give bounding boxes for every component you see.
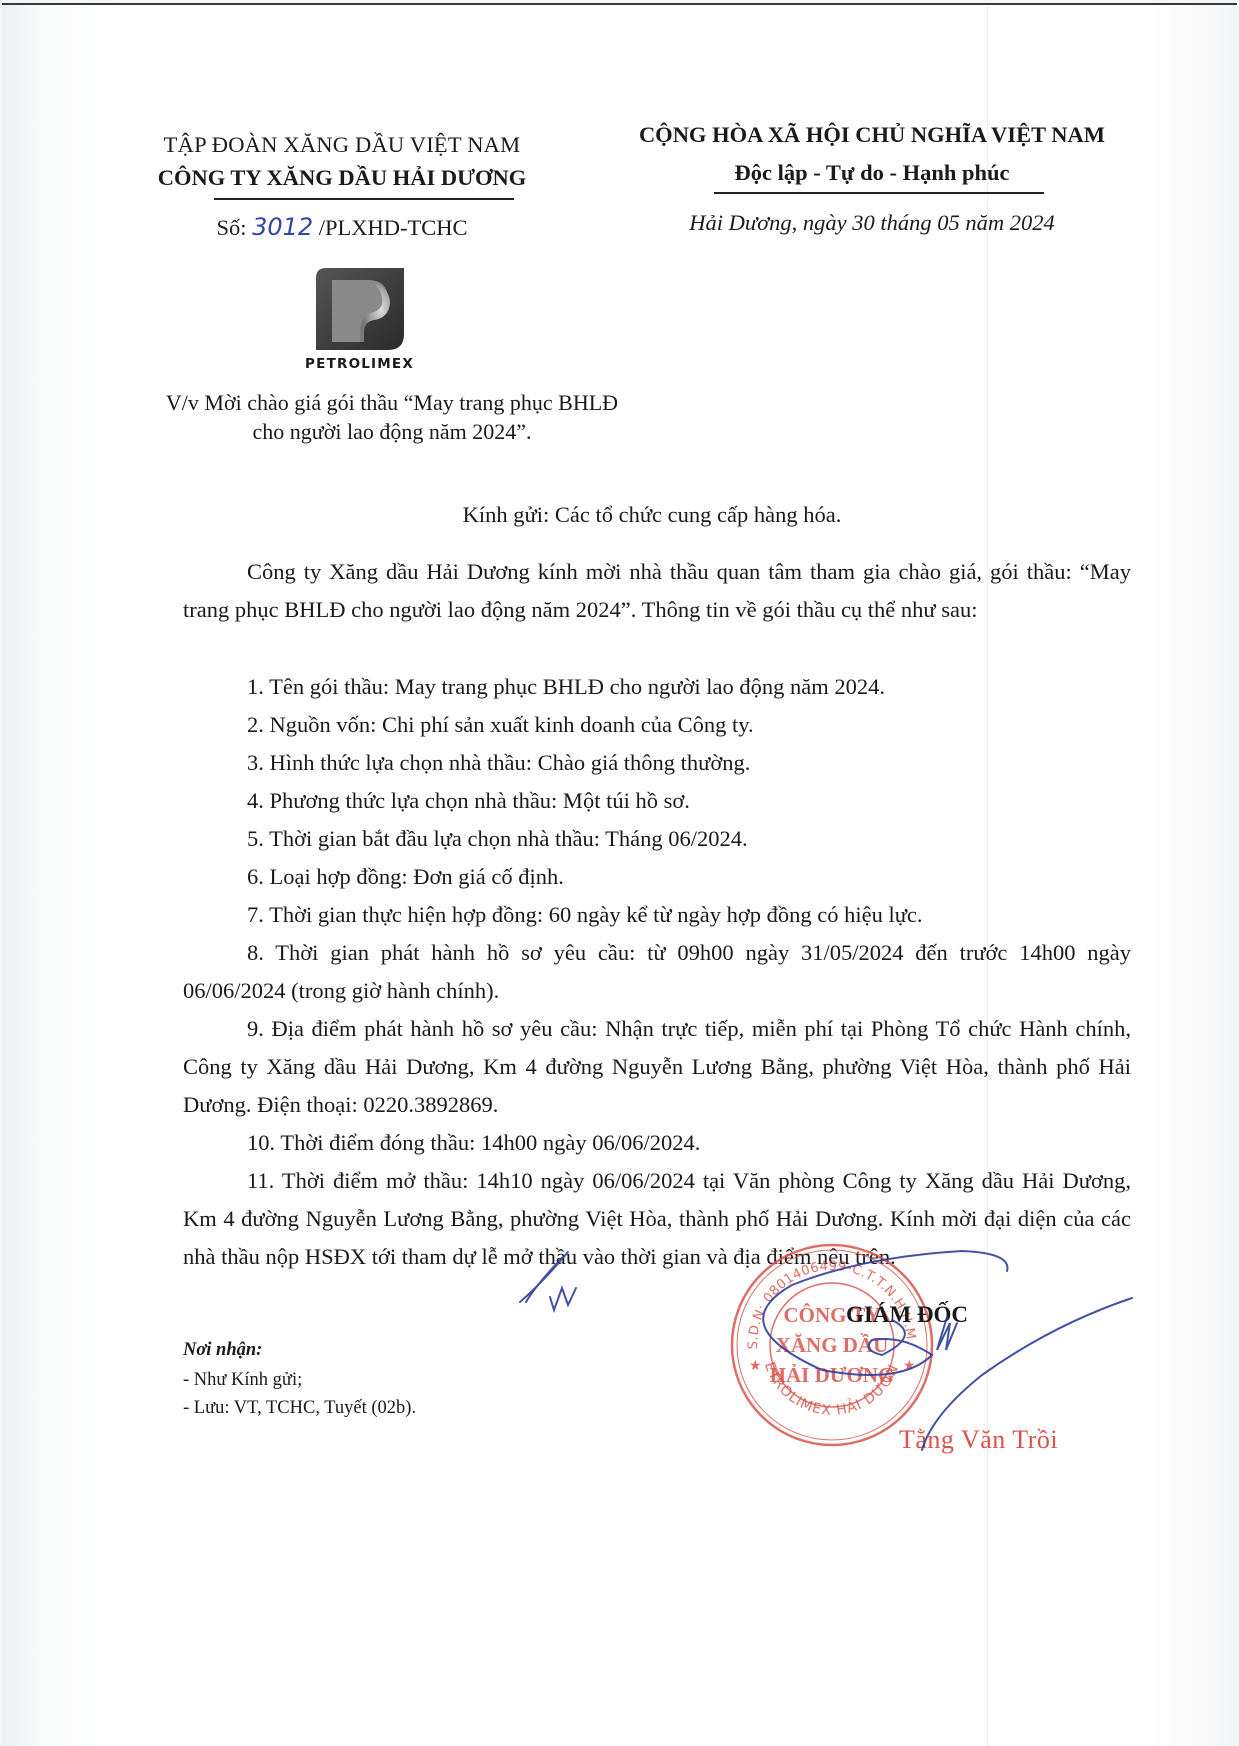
svg-text:★: ★ <box>749 1358 762 1374</box>
signer-name: Tằng Văn Trồi <box>899 1425 1058 1455</box>
list-item: 3. Hình thức lựa chọn nhà thầu: Chào giá… <box>183 744 1131 782</box>
list-item: 10. Thời điểm đóng thầu: 14h00 ngày 06/0… <box>183 1124 1131 1162</box>
company-seal-icon: M.S.D.N: 0801406499-C.T.T.N.H.H.M.T.V PE… <box>727 1240 937 1450</box>
recipient-entry: - Lưu: VT, TCHC, Tuyết (02b). <box>183 1398 416 1419</box>
place-and-date: Hải Dương, ngày 30 tháng 05 năm 2024 <box>602 210 1142 236</box>
list-item: 5. Thời gian bắt đầu lựa chọn nhà thầu: … <box>183 820 1131 858</box>
nation-title: CỘNG HÒA XÃ HỘI CHỦ NGHĨA VIỆT NAM <box>602 122 1142 148</box>
recipient-entry: - Như Kính gửi; <box>183 1370 302 1391</box>
list-item: 9. Địa điểm phát hành hồ sơ yêu cầu: Nhậ… <box>183 1010 1131 1124</box>
recipients-title: Nơi nhận: <box>183 1340 262 1361</box>
list-item: 4. Phương thức lựa chọn nhà thầu: Một tú… <box>183 782 1131 820</box>
petrolimex-logo-icon <box>316 268 404 350</box>
number-prefix: Số: <box>216 215 252 240</box>
parent-organization: TẬP ĐOÀN XĂNG DẦU VIỆT NAM <box>132 132 552 158</box>
svg-text:HẢI DƯƠNG: HẢI DƯƠNG <box>770 1363 895 1387</box>
list-item: 6. Loại hợp đồng: Đơn giá cố định. <box>183 858 1131 896</box>
signer-position: GIÁM ĐỐC <box>846 1302 968 1328</box>
document-page: TẬP ĐOÀN XĂNG DẦU VIỆT NAM CÔNG TY XĂNG … <box>2 3 1237 1746</box>
document-number: Số: 3012 /PLXHD-TCHC <box>132 213 552 241</box>
list-item: 8. Thời gian phát hành hồ sơ yêu cầu: từ… <box>183 934 1131 1010</box>
svg-text:★: ★ <box>903 1358 916 1374</box>
intro-paragraph: Công ty Xăng dầu Hải Dương kính mời nhà … <box>183 553 1131 629</box>
list-item: 1. Tên gói thầu: May trang phục BHLĐ cho… <box>183 668 1131 706</box>
recipient-line: Kính gửi: Các tổ chức cung cấp hàng hóa. <box>162 502 1142 528</box>
svg-text:XĂNG DẦU: XĂNG DẦU <box>776 1333 889 1357</box>
logo-text: PETROLIMEX <box>282 356 437 372</box>
company-underline <box>214 198 514 200</box>
list-item: 7. Thời gian thực hiện hợp đồng: 60 ngày… <box>183 896 1131 934</box>
subject-line: V/v Mời chào giá gói thầu “May trang phụ… <box>152 388 632 446</box>
national-motto: Độc lập - Tự do - Hạnh phúc <box>602 160 1142 186</box>
list-item: 11. Thời điểm mở thầu: 14h10 ngày 06/06/… <box>183 1162 1131 1276</box>
list-item: 2. Nguồn vốn: Chi phí sản xuất kinh doan… <box>183 706 1131 744</box>
motto-underline <box>714 192 1044 194</box>
number-suffix: /PLXHD-TCHC <box>313 215 467 240</box>
company-name: CÔNG TY XĂNG DẦU HẢI DƯƠNG <box>132 165 552 191</box>
handwritten-number: 3012 <box>252 213 313 241</box>
